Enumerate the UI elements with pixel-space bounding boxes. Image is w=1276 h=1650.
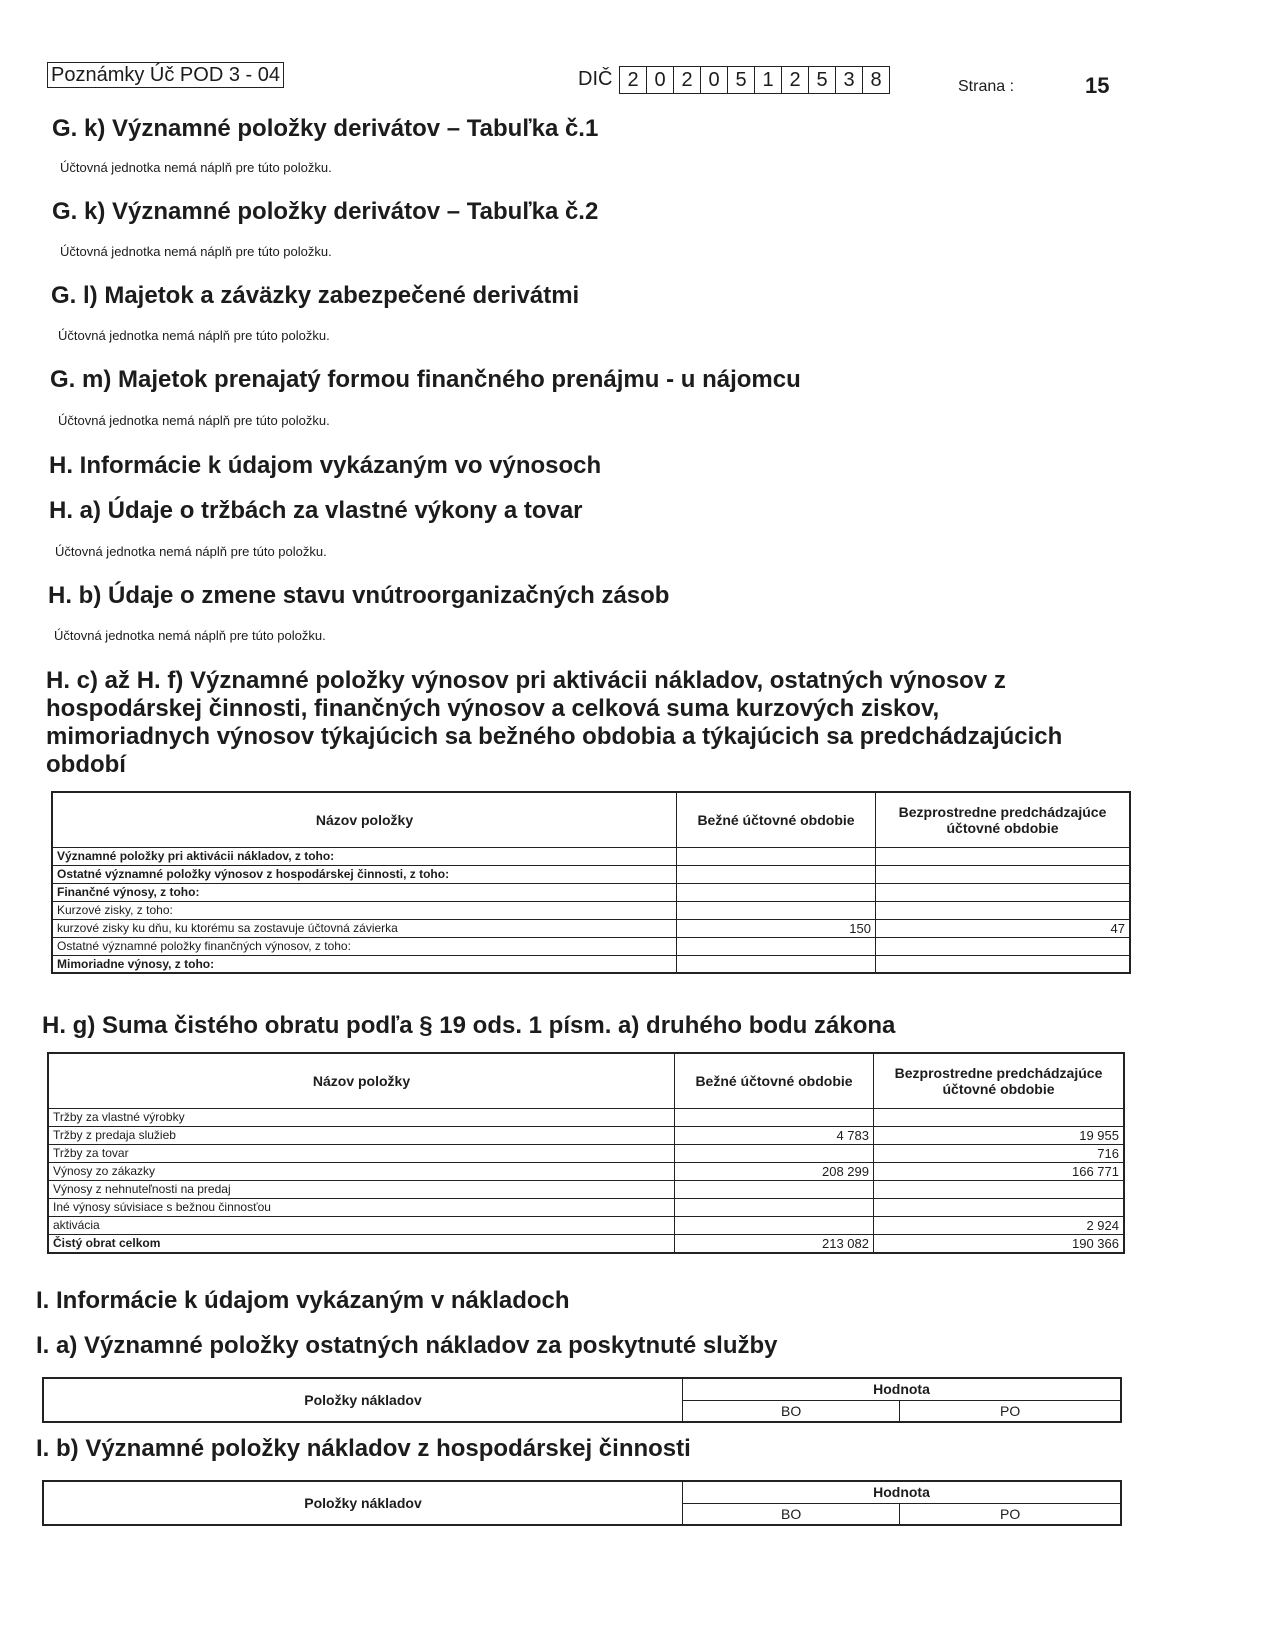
dic-digit: 3: [836, 67, 863, 93]
dic-digit: 5: [728, 67, 755, 93]
table-row: kurzové zisky ku dňu, ku ktorému sa zost…: [52, 919, 1130, 937]
current-value: [675, 1144, 874, 1162]
current-value: 208 299: [675, 1162, 874, 1180]
col-header-name: Názov položky: [52, 792, 677, 847]
dic-digit: 8: [863, 67, 889, 93]
table-row: Tržby za tovar716: [48, 1144, 1124, 1162]
no-content-note: Účtovná jednotka nemá náplň pre túto pol…: [55, 544, 327, 559]
current-value: [675, 1216, 874, 1234]
dic-digit: 2: [620, 67, 647, 93]
row-label: Kurzové zisky, z toho:: [52, 901, 677, 919]
row-label: Ostatné významné položky výnosov z hospo…: [52, 865, 677, 883]
row-label: Mimoriadne výnosy, z toho:: [52, 955, 677, 973]
row-label: Tržby z predaja služieb: [48, 1126, 675, 1144]
row-label: Výnosy zo zákazky: [48, 1162, 675, 1180]
section-gm: G. m) Majetok prenajatý formou finančnéh…: [50, 366, 801, 394]
current-value: [677, 955, 876, 973]
col-header-current: Bežné účtovné obdobie: [677, 792, 876, 847]
table-row: aktivácia2 924: [48, 1216, 1124, 1234]
current-value: 213 082: [675, 1234, 874, 1253]
section-gk2: G. k) Významné položky derivátov – Tabuľ…: [52, 198, 598, 226]
col-header-po: PO: [900, 1503, 1121, 1525]
table-row: Iné výnosy súvisiace s bežnou činnosťou: [48, 1198, 1124, 1216]
table-row: Významné položky pri aktivácii nákladov,…: [52, 847, 1130, 865]
page-label: Strana :: [958, 78, 1014, 96]
col-header-name: Názov položky: [48, 1053, 675, 1108]
col-header-po: PO: [900, 1400, 1121, 1422]
table-row: Výnosy zo zákazky208 299166 771: [48, 1162, 1124, 1180]
previous-value: [874, 1180, 1125, 1198]
no-content-note: Účtovná jednotka nemá náplň pre túto pol…: [60, 244, 332, 259]
table-row: Čistý obrat celkom213 082190 366: [48, 1234, 1124, 1253]
dic-digit: 1: [755, 67, 782, 93]
col-header-items: Položky nákladov: [43, 1481, 683, 1525]
dic-boxes: 2 0 2 0 5 1 2 5 3 8: [619, 66, 890, 94]
col-header-bo: BO: [683, 1400, 900, 1422]
table-row: Ostatné významné položky výnosov z hospo…: [52, 865, 1130, 883]
section-hcf: H. c) až H. f) Významné položky výnosov …: [46, 667, 1086, 779]
section-hb: H. b) Údaje o zmene stavu vnútroorganiza…: [48, 582, 669, 610]
table-row: Ostatné významné položky finančných výno…: [52, 937, 1130, 955]
section-hg: H. g) Suma čistého obratu podľa § 19 ods…: [42, 1012, 895, 1040]
previous-value: 2 924: [874, 1216, 1125, 1234]
section-gk1: G. k) Významné položky derivátov – Tabuľ…: [52, 115, 598, 143]
table-hcf: Názov položky Bežné účtovné obdobie Bezp…: [51, 791, 1131, 974]
no-content-note: Účtovná jednotka nemá náplň pre túto pol…: [58, 413, 330, 428]
current-value: [675, 1180, 874, 1198]
row-label: Tržby za vlastné výrobky: [48, 1108, 675, 1126]
row-label: Tržby za tovar: [48, 1144, 675, 1162]
row-label: Výnosy z nehnuteľnosti na predaj: [48, 1180, 675, 1198]
section-ha: H. a) Údaje o tržbách za vlastné výkony …: [49, 497, 583, 525]
current-value: [677, 865, 876, 883]
section-gl: G. l) Majetok a záväzky zabezpečené deri…: [51, 282, 579, 310]
row-label: Čistý obrat celkom: [48, 1234, 675, 1253]
previous-value: 47: [876, 919, 1131, 937]
current-value: [677, 847, 876, 865]
no-content-note: Účtovná jednotka nemá náplň pre túto pol…: [54, 628, 326, 643]
table-ib: Položky nákladov Hodnota BO PO: [42, 1480, 1122, 1526]
col-header-items: Položky nákladov: [43, 1378, 683, 1422]
row-label: Finančné výnosy, z toho:: [52, 883, 677, 901]
table-row: Kurzové zisky, z toho:: [52, 901, 1130, 919]
no-content-note: Účtovná jednotka nemá náplň pre túto pol…: [60, 160, 332, 175]
previous-value: [876, 847, 1131, 865]
row-label: Ostatné významné položky finančných výno…: [52, 937, 677, 955]
previous-value: [876, 937, 1131, 955]
table-row: Finančné výnosy, z toho:: [52, 883, 1130, 901]
dic-digit: 0: [647, 67, 674, 93]
dic-digit: 0: [701, 67, 728, 93]
current-value: [675, 1108, 874, 1126]
previous-value: 19 955: [874, 1126, 1125, 1144]
dic-label: DIČ: [578, 68, 612, 91]
section-h: H. Informácie k údajom vykázaným vo výno…: [49, 452, 601, 480]
col-header-current: Bežné účtovné obdobie: [675, 1053, 874, 1108]
table-row: Tržby za vlastné výrobky: [48, 1108, 1124, 1126]
current-value: [677, 901, 876, 919]
current-value: [677, 937, 876, 955]
section-i: I. Informácie k údajom vykázaným v nákla…: [36, 1287, 570, 1315]
previous-value: 190 366: [874, 1234, 1125, 1253]
col-header-value: Hodnota: [683, 1481, 1122, 1503]
current-value: 150: [677, 919, 876, 937]
table-row: Výnosy z nehnuteľnosti na predaj: [48, 1180, 1124, 1198]
col-header-previous: Bezprostredne predchádzajúce účtovné obd…: [876, 792, 1131, 847]
row-label: kurzové zisky ku dňu, ku ktorému sa zost…: [52, 919, 677, 937]
table-ia: Položky nákladov Hodnota BO PO: [42, 1377, 1122, 1423]
current-value: 4 783: [675, 1126, 874, 1144]
row-label: aktivácia: [48, 1216, 675, 1234]
previous-value: [876, 865, 1131, 883]
col-header-bo: BO: [683, 1503, 900, 1525]
previous-value: [876, 901, 1131, 919]
table-row: Mimoriadne výnosy, z toho:: [52, 955, 1130, 973]
previous-value: 166 771: [874, 1162, 1125, 1180]
row-label: Iné výnosy súvisiace s bežnou činnosťou: [48, 1198, 675, 1216]
section-ia: I. a) Významné položky ostatných náklado…: [36, 1332, 778, 1360]
previous-value: 716: [874, 1144, 1125, 1162]
dic-digit: 2: [782, 67, 809, 93]
current-value: [677, 883, 876, 901]
dic-digit: 2: [674, 67, 701, 93]
table-row: Tržby z predaja služieb4 78319 955: [48, 1126, 1124, 1144]
section-ib: I. b) Významné položky nákladov z hospod…: [36, 1435, 691, 1463]
previous-value: [874, 1198, 1125, 1216]
previous-value: [876, 955, 1131, 973]
page-number: 15: [1085, 73, 1109, 99]
col-header-previous: Bezprostredne predchádzajúce účtovné obd…: [874, 1053, 1125, 1108]
previous-value: [876, 883, 1131, 901]
current-value: [675, 1198, 874, 1216]
table-hg: Názov položky Bežné účtovné obdobie Bezp…: [47, 1052, 1125, 1254]
no-content-note: Účtovná jednotka nemá náplň pre túto pol…: [58, 328, 330, 343]
col-header-value: Hodnota: [683, 1378, 1122, 1400]
row-label: Významné položky pri aktivácii nákladov,…: [52, 847, 677, 865]
previous-value: [874, 1108, 1125, 1126]
form-id: Poznámky Úč POD 3 - 04: [47, 62, 284, 88]
dic-digit: 5: [809, 67, 836, 93]
